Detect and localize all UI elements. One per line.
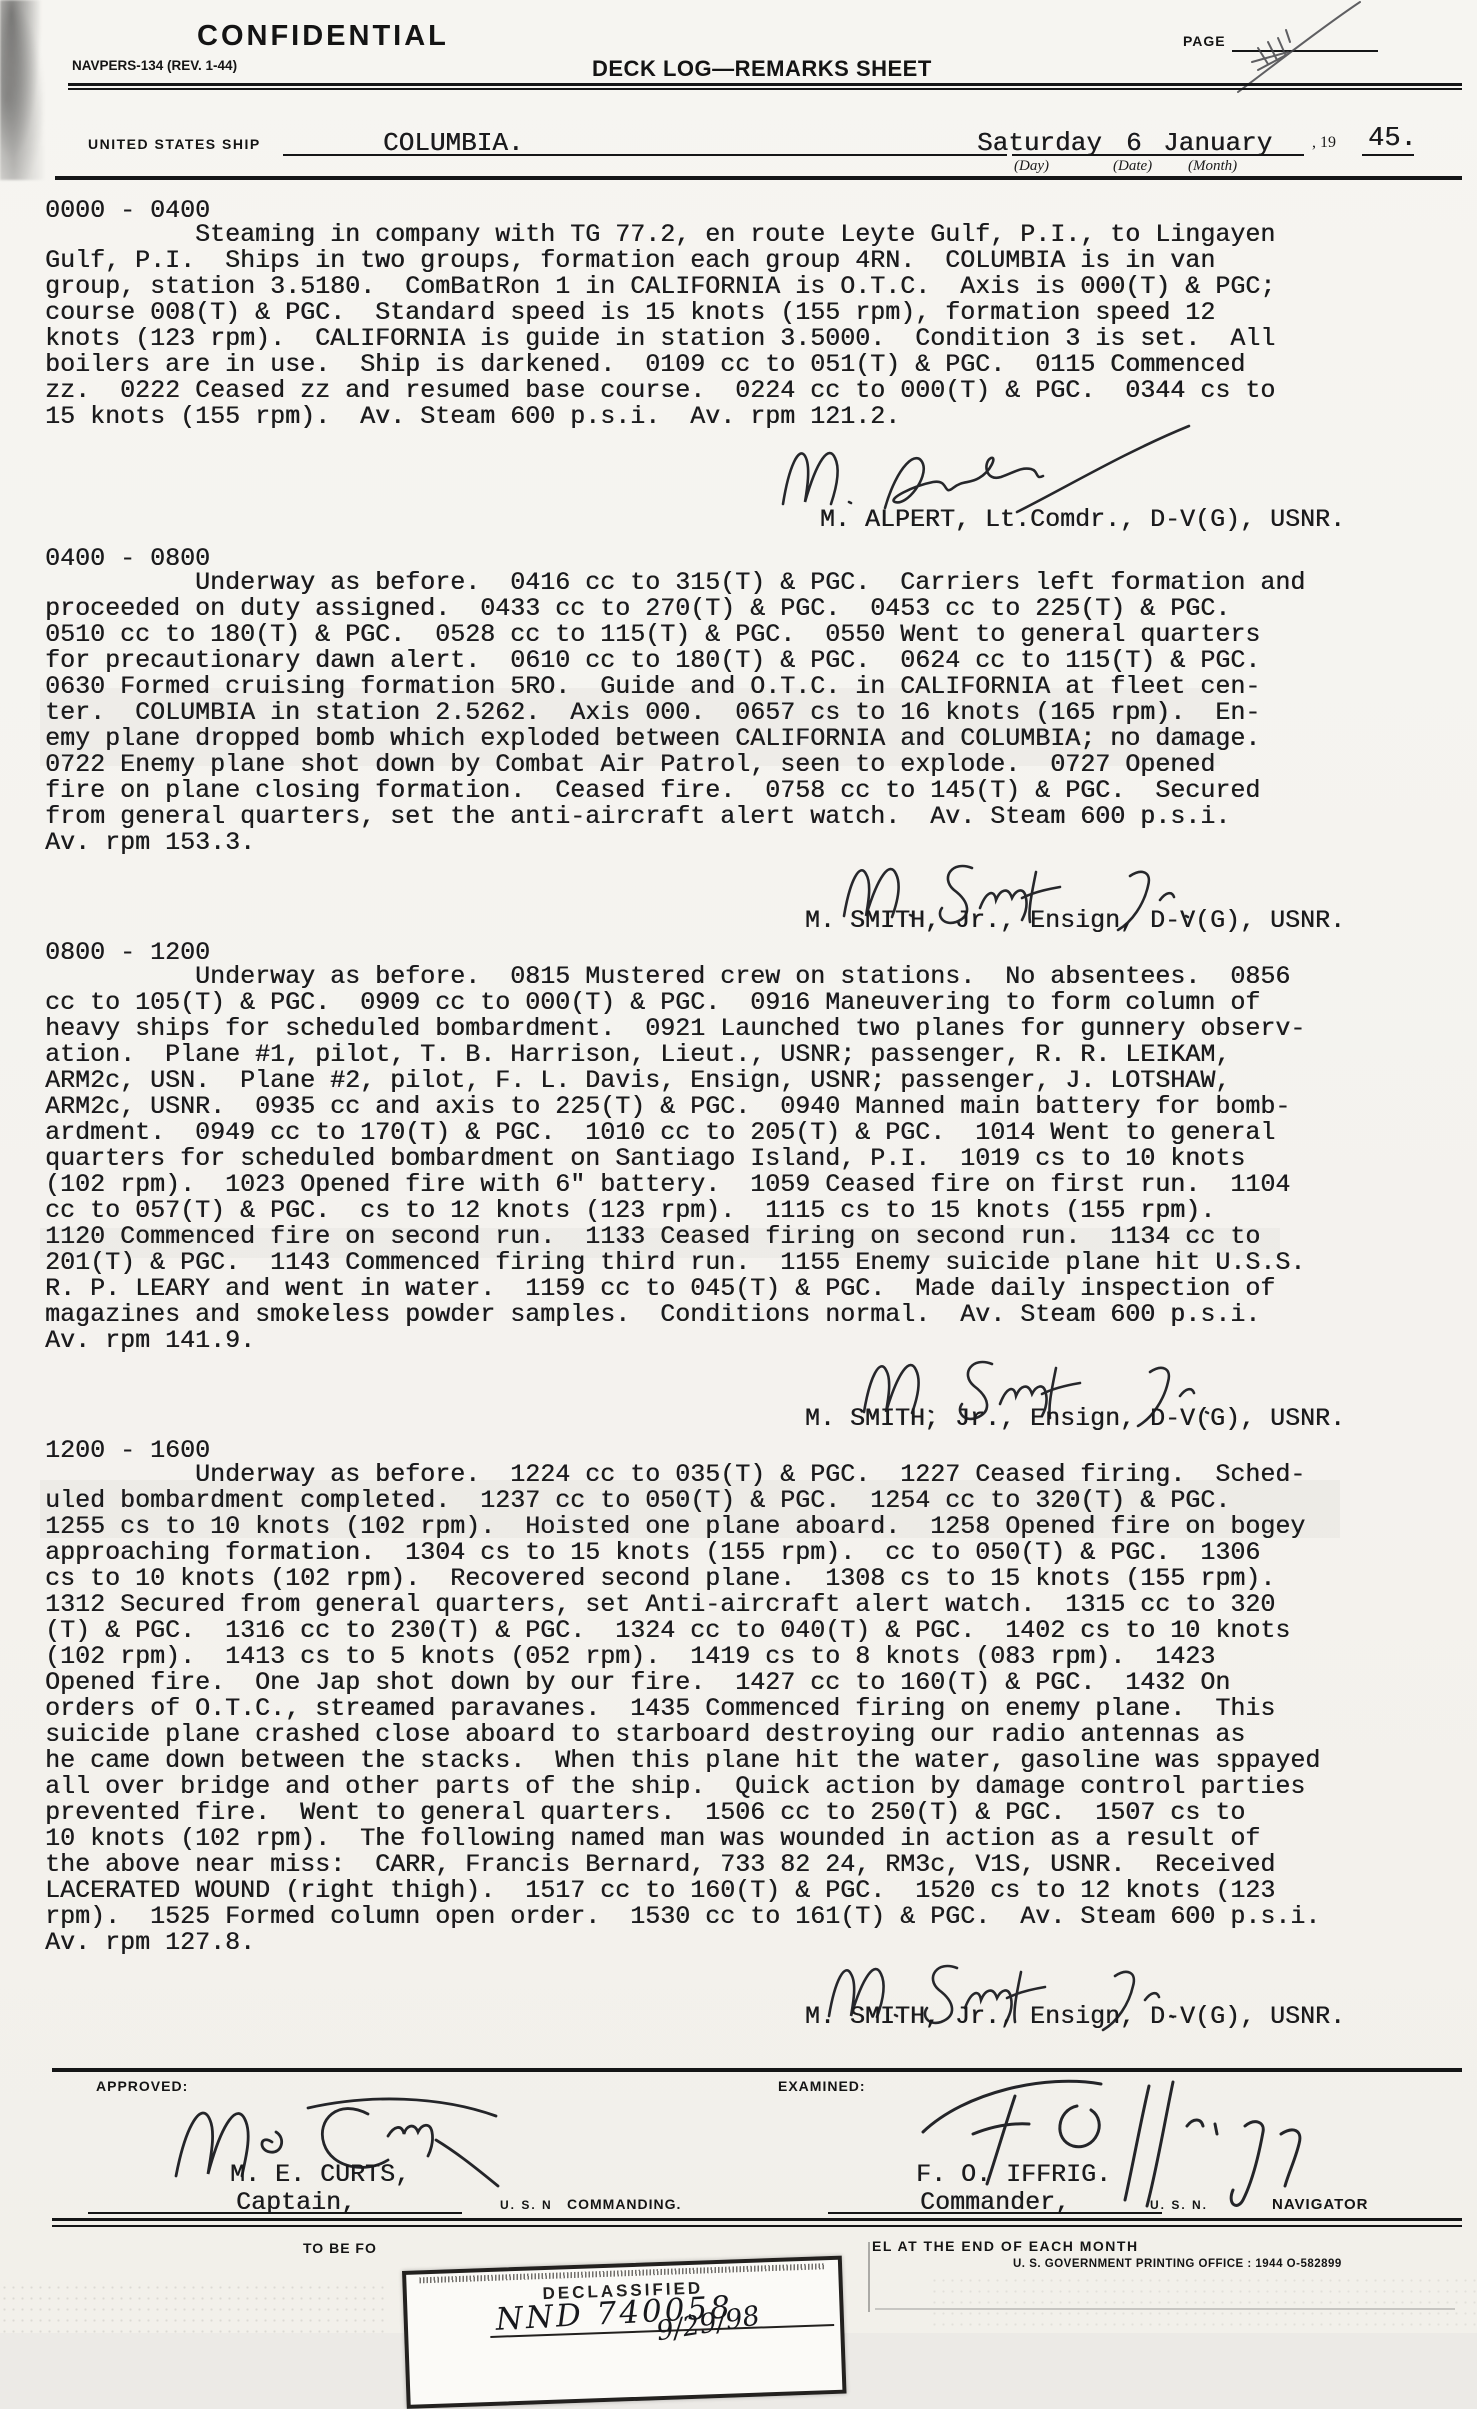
day-label: (Day) (1014, 158, 1049, 175)
approver-name: M. E. CURTS, (230, 2160, 410, 2189)
month-label: (Month) (1188, 158, 1237, 175)
year-prefix: , 19 (1312, 134, 1336, 152)
entry-remarks: Underway as before. 1224 cc to 035(T) & … (45, 1462, 1320, 1956)
entry-remarks: Steaming in company with TG 77.2, en rou… (45, 222, 1275, 430)
approver-service: U. S. N (500, 2198, 553, 2212)
deck-log-page: CONFIDENTIAL PAGE NAVPERS-134 (REV. 1-44… (0, 0, 1477, 2333)
scan-noise (930, 2275, 1477, 2333)
year-value: 45. (1368, 124, 1417, 154)
declassified-stamp: DECLASSIFIED NND 740058 9/29/98 (402, 2256, 847, 2333)
page-label: PAGE (1183, 33, 1226, 49)
classification-banner: CONFIDENTIAL (197, 20, 449, 53)
date-label: (Date) (1113, 158, 1152, 175)
approver-role: COMMANDING. (567, 2196, 681, 2212)
forward-note-right: EL AT THE END OF EACH MONTH (872, 2238, 1139, 2254)
bottom-rule (52, 2218, 1462, 2221)
entry-remarks: Underway as before. 0416 cc to 315(T) & … (45, 570, 1305, 856)
signature-f-o-iffrig (915, 2068, 1335, 2208)
entry-remarks: Underway as before. 0815 Mustered crew o… (45, 964, 1305, 1354)
ship-underline (283, 154, 1007, 156)
year-underline (1362, 154, 1414, 156)
scan-smudge (0, 0, 46, 180)
approver-underline (88, 2212, 462, 2214)
entry-signed-by: M. SMITH, Jr., Ensign, D-V(G), USNR. (805, 906, 1345, 935)
scan-noise (0, 2282, 390, 2333)
ship-section-rule (55, 176, 1462, 180)
ship-label: UNITED STATES SHIP (88, 136, 261, 152)
header-rule (68, 88, 1462, 90)
forward-note-left: TO BE FO (303, 2240, 377, 2256)
examiner-underline (828, 2212, 1162, 2214)
paper-edge-line (868, 2242, 870, 2312)
form-title: DECK LOG—REMARKS SHEET (592, 56, 932, 82)
header-rule (68, 83, 1462, 86)
form-number: NAVPERS-134 (REV. 1-44) (72, 58, 237, 73)
bottom-rule (52, 2225, 1462, 2227)
date-underline (1012, 154, 1304, 156)
entry-signed-by: M. SMITH, Jr., Ensign, D-V(G), USNR. (805, 2002, 1345, 2031)
examined-label: EXAMINED: (778, 2078, 866, 2094)
entry-signed-by: M. ALPERT, Lt.Comdr., D-V(G), USNR. (820, 505, 1345, 534)
paper-edge-line (875, 2308, 1455, 2310)
printing-office-note: U. S. GOVERNMENT PRINTING OFFICE : 1944 … (1013, 2258, 1342, 2270)
entry-signed-by: M. SMITH, Jr., Ensign, D-V(G), USNR. (805, 1404, 1345, 1433)
